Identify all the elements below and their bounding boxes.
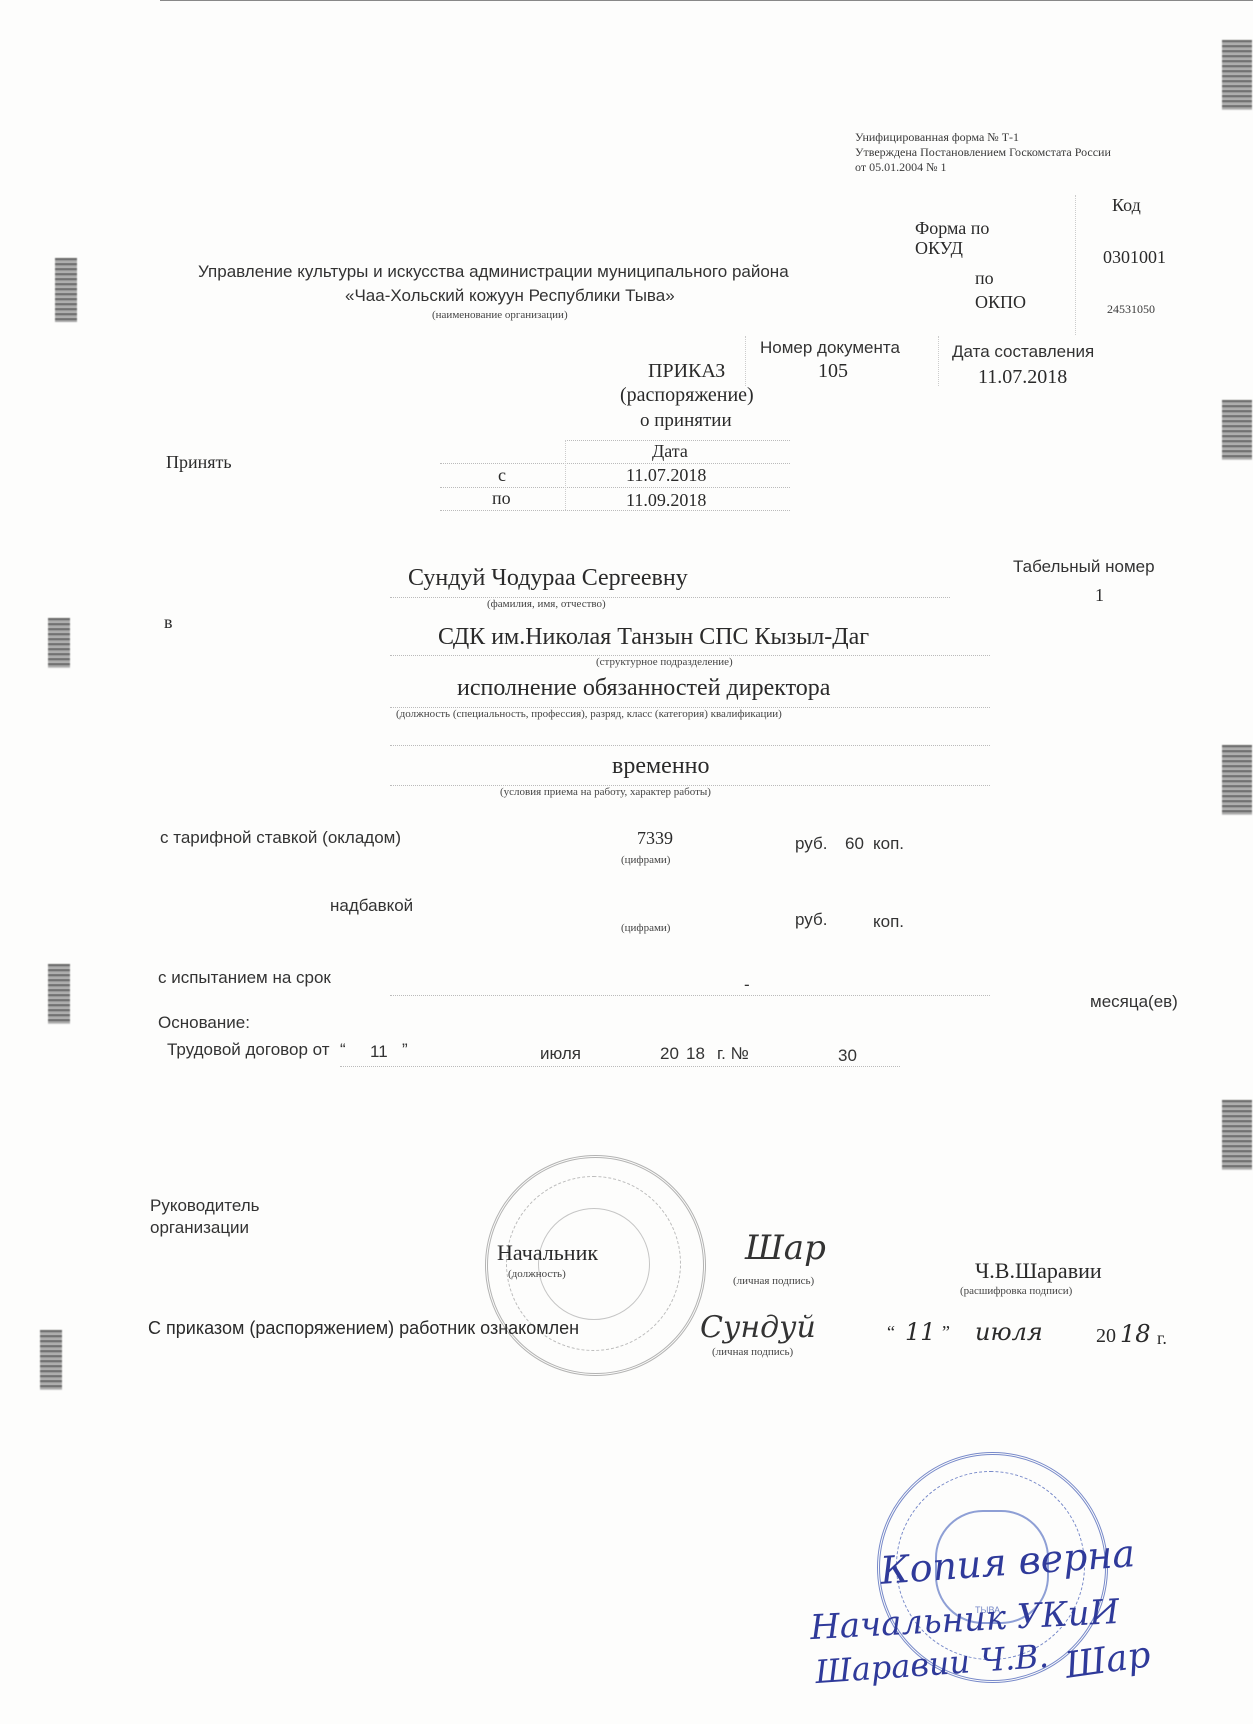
employee-signature-caption: (личная подпись) [712, 1346, 793, 1358]
hire-label: Принять [166, 452, 232, 473]
scan-artifact [48, 964, 70, 1024]
basis-close-quote: ” [402, 1040, 408, 1060]
work-conditions: временно [612, 753, 710, 780]
form-header-line1: Унифицированная форма № Т-1 [855, 130, 1019, 145]
ack-day: 11 [905, 1318, 936, 1346]
employee-signature: Сундуй [700, 1310, 816, 1345]
hire-to-label: по [492, 488, 511, 509]
okud-label-1: Форма по [915, 218, 989, 239]
organization-caption: (наименование организации) [432, 309, 568, 321]
scan-artifact [40, 1330, 62, 1390]
ack-close-quote: ” [942, 1322, 950, 1343]
ack-year-prefix: 20 [1096, 1325, 1116, 1348]
tab-number-value: 1 [1095, 585, 1104, 606]
organization-name-line1: Управление культуры и искусства админист… [198, 262, 789, 282]
okpo-label-2: ОКПО [975, 292, 1026, 313]
document-number: 105 [818, 360, 848, 383]
scan-artifact [55, 258, 77, 322]
okud-value: 0301001 [1103, 247, 1166, 268]
document-about: о принятии [640, 410, 732, 432]
okpo-label-1: по [975, 268, 994, 289]
basis-year-suffix: 18 [686, 1044, 705, 1064]
ack-year-suffix: 18 [1120, 1320, 1151, 1348]
rate-rub-label: руб. [795, 834, 827, 854]
scan-artifact [1222, 40, 1252, 110]
basis-year-prefix: 20 [660, 1044, 679, 1064]
form-header-line2: Утверждена Постановлением Госкомстата Ро… [855, 145, 1111, 160]
basis-month: июля [540, 1044, 581, 1064]
form-header-line3: от 05.01.2004 № 1 [855, 160, 947, 175]
okpo-value: 24531050 [1107, 302, 1155, 317]
document-subtitle: (распоряжение) [620, 384, 754, 407]
position-caption: (должность (специальность, профессия), р… [396, 708, 782, 720]
rate-rub-value: 7339 [637, 828, 673, 849]
bonus-kop-label: коп. [873, 912, 904, 932]
acknowledgement-label: С приказом (распоряжением) работник озна… [148, 1318, 579, 1339]
organization-name-line2: «Чаа-Хольский кожуун Республики Тыва» [345, 286, 675, 306]
head-name-caption: (расшифровка подписи) [960, 1285, 1072, 1297]
rate-kop-label: коп. [873, 834, 904, 854]
bonus-rub-label: руб. [795, 910, 827, 930]
basis-label: Основание: [158, 1013, 250, 1033]
rate-kop-value: 60 [845, 834, 864, 854]
head-name: Ч.В.Шаравии [975, 1258, 1102, 1284]
basis-year-label: г. № [717, 1044, 749, 1064]
scan-artifact [1222, 400, 1252, 460]
basis-day: 11 [370, 1042, 388, 1062]
okud-label-2: ОКУД [915, 238, 963, 259]
employee-name-caption: (фамилия, имя, отчество) [487, 598, 606, 610]
rate-label: с тарифной ставкой (окладом) [160, 828, 401, 848]
head-position-caption: (должность) [508, 1268, 566, 1280]
basis-open-quote: “ [340, 1040, 346, 1060]
head-signature: Шар [745, 1228, 826, 1268]
scan-artifact [48, 618, 70, 668]
bonus-digits-caption: (цифрами) [621, 922, 670, 934]
probation-label: с испытанием на срок [158, 968, 331, 988]
scan-edge-line [160, 0, 1253, 1]
head-position: Начальник [497, 1240, 598, 1266]
head-label-1: Руководитель [150, 1196, 260, 1216]
ack-year-label: г. [1157, 1328, 1167, 1349]
code-label: Код [1112, 195, 1141, 216]
document-date: 11.07.2018 [978, 366, 1067, 389]
in-label: в [164, 612, 173, 633]
ack-open-quote: “ [887, 1322, 895, 1343]
document-number-label: Номер документа [760, 338, 900, 358]
document-title: ПРИКАЗ [648, 360, 725, 383]
department-caption: (структурное подразделение) [596, 656, 733, 668]
department-name: СДК им.Николая Танзын СПС Кызыл-Даг [438, 624, 869, 651]
hire-from-label: с [498, 465, 506, 486]
rate-digits-caption: (цифрами) [621, 854, 670, 866]
ack-month: июля [975, 1318, 1043, 1346]
work-conditions-caption: (условия приема на работу, характер рабо… [500, 786, 711, 798]
basis-contract-text: Трудовой договор от [167, 1040, 330, 1060]
employee-name: Сундуй Чодураа Сергеевну [408, 565, 688, 592]
scan-artifact [1222, 745, 1252, 815]
tab-number-label: Табельный номер [1013, 557, 1155, 577]
probation-unit: месяца(ев) [1090, 992, 1178, 1012]
document-date-label: Дата составления [952, 342, 1094, 362]
position-name: исполнение обязанностей директора [457, 675, 830, 702]
head-label-2: организации [150, 1218, 249, 1238]
hire-from-date: 11.07.2018 [626, 465, 706, 486]
basis-contract-number: 30 [838, 1046, 857, 1066]
hire-date-header: Дата [652, 441, 688, 462]
scan-artifact [1222, 1100, 1252, 1170]
probation-value: - [744, 975, 750, 995]
bonus-label: надбавкой [330, 896, 413, 916]
hire-to-date: 11.09.2018 [626, 490, 706, 511]
head-signature-caption: (личная подпись) [733, 1275, 814, 1287]
